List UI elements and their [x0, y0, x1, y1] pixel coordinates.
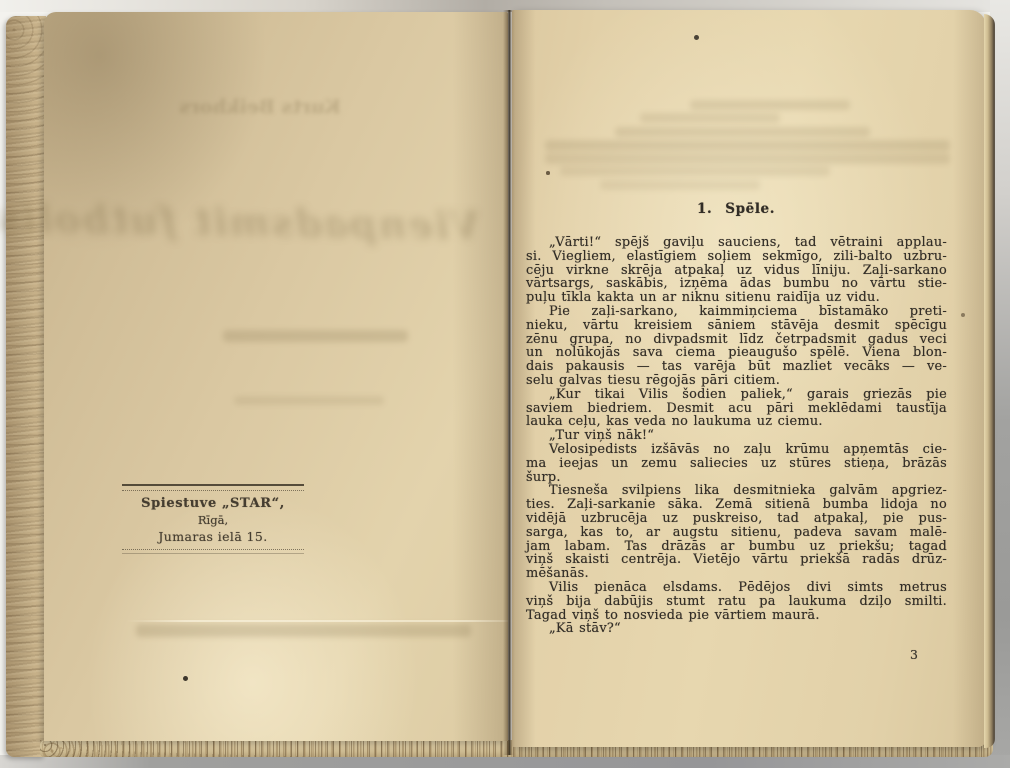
imprint-city: Rīgā, — [122, 513, 304, 527]
ink-speck — [546, 171, 550, 175]
showthrough-title-text: Vienpadsmit futbolisti — [80, 197, 481, 249]
text-line: selu galvas tiesu rēgojās pāri citiem. — [526, 374, 947, 388]
text-line: „Vārti!“ spējš gaviļu sauciens, tad vētr… — [526, 236, 947, 250]
text-line: „Kur tikai Vilis šodien paliek,“ garais … — [526, 388, 947, 402]
showthrough-line — [545, 140, 950, 151]
text-line: saviem biedriem. Desmit acu pāri meklēda… — [526, 402, 947, 416]
text-line: mēšanās. — [526, 567, 947, 581]
book-photo: Kurts Beikhors Vienpadsmit futbolisti Sp… — [0, 0, 1010, 768]
paragraph: Vilis pienāca elsdams. Pēdējos divi simt… — [526, 581, 947, 622]
ink-speck — [961, 313, 965, 317]
text-line: dais pakausis — tas varēja būt mazliet v… — [526, 360, 947, 374]
text-line: ties. Zaļi-sarkanie sāka. Zemā sitienā b… — [526, 498, 947, 512]
paragraph: Velosipedists izšāvās no zaļu krūmu apņe… — [526, 443, 947, 484]
left-page: Kurts Beikhors Vienpadsmit futbolisti Sp… — [44, 12, 508, 741]
showthrough-line — [560, 166, 830, 176]
paragraph: „Kur tikai Vilis šodien paliek,“ garais … — [526, 388, 947, 429]
showthrough-line — [545, 153, 950, 164]
imprint-rule-bottom — [122, 549, 304, 554]
showthrough-line — [615, 127, 870, 137]
chapter-title: Spēle. — [725, 201, 775, 217]
text-line: viņš bija dabūjis stumt ratu pa laukuma … — [526, 595, 947, 609]
paragraph: „Tur viņš nāk!“ — [526, 429, 947, 443]
paragraph: „Vārti!“ spējš gaviļu sauciens, tad vētr… — [526, 236, 947, 305]
text-line: vidējā uzbrucēja uz puskreiso, tad atpak… — [526, 512, 947, 526]
text-line: vārtsargs, saskābis, izņēma ādas bumbu n… — [526, 277, 947, 291]
right-fore-edge — [984, 14, 995, 748]
text-line: „Kā stāv?“ — [526, 622, 947, 636]
text-line: si. Viegliem, elastīgiem soļiem sekmīgo,… — [526, 250, 947, 264]
paragraph: „Kā stāv?“ — [526, 622, 947, 636]
text-line: puļu tīkla kakta un ar niknu sitienu rai… — [526, 291, 947, 305]
text-line: „Tur viņš nāk!“ — [526, 429, 947, 443]
paragraph: Tiesneša svilpiens lika desmitnieka galv… — [526, 484, 947, 581]
text-line: Vilis pienāca elsdams. Pēdējos divi simt… — [526, 581, 947, 595]
chapter-number: 1. — [697, 201, 712, 217]
text-line: nieku, vārtu kreisiem sāniem stāvēja des… — [526, 319, 947, 333]
text-line: sarga, kas to, ar augstu sitienu, padeva… — [526, 526, 947, 540]
body-text: „Vārti!“ spējš gaviļu sauciens, tad vētr… — [526, 236, 947, 636]
gutter-shadow — [503, 10, 515, 755]
text-line: Velosipedists izšāvās no zaļu krūmu apņe… — [526, 443, 947, 457]
chapter-heading: 1.Spēle. — [526, 201, 946, 217]
showthrough-line — [640, 113, 780, 123]
imprint-block: Spiestuve „STAR“, Rīgā, Jumaras ielā 15. — [122, 484, 304, 554]
page-number: 3 — [910, 647, 918, 662]
imprint-rule-top — [122, 484, 304, 491]
paragraph: Pie zaļi-sarkano, kaimmiņciema bīstamāko… — [526, 305, 947, 388]
showthrough-line — [234, 396, 384, 405]
imprint-printer: Spiestuve „STAR“, — [122, 496, 304, 511]
showthrough-line — [136, 624, 471, 637]
text-line: un nolūkojās sava ciema pieaugušo spēlē.… — [526, 346, 947, 360]
text-line: Tiesneša svilpiens lika desmitnieka galv… — [526, 484, 947, 498]
page-edge-stack — [6, 16, 46, 757]
right-page: 1.Spēle. „Vārti!“ spējš gaviļu sauciens,… — [512, 10, 986, 747]
showthrough-line — [223, 330, 408, 342]
showthrough-line — [690, 100, 850, 110]
text-line: ma ieejas un zemu saliecies uz stūres st… — [526, 457, 947, 471]
imprint-street: Jumaras ielā 15. — [122, 529, 304, 544]
showthrough-author-text: Kurts Beikhors — [172, 96, 348, 118]
paper-crease — [126, 620, 526, 622]
text-line: Pie zaļi-sarkano, kaimmiņciema bīstamāko… — [526, 305, 947, 319]
text-line: cēju virkne skrēja atpakaļ uz vidus līni… — [526, 264, 947, 278]
text-line: viņš skaisti centrēja. Vietējo vārtu pri… — [526, 553, 947, 567]
showthrough-line — [600, 180, 760, 190]
